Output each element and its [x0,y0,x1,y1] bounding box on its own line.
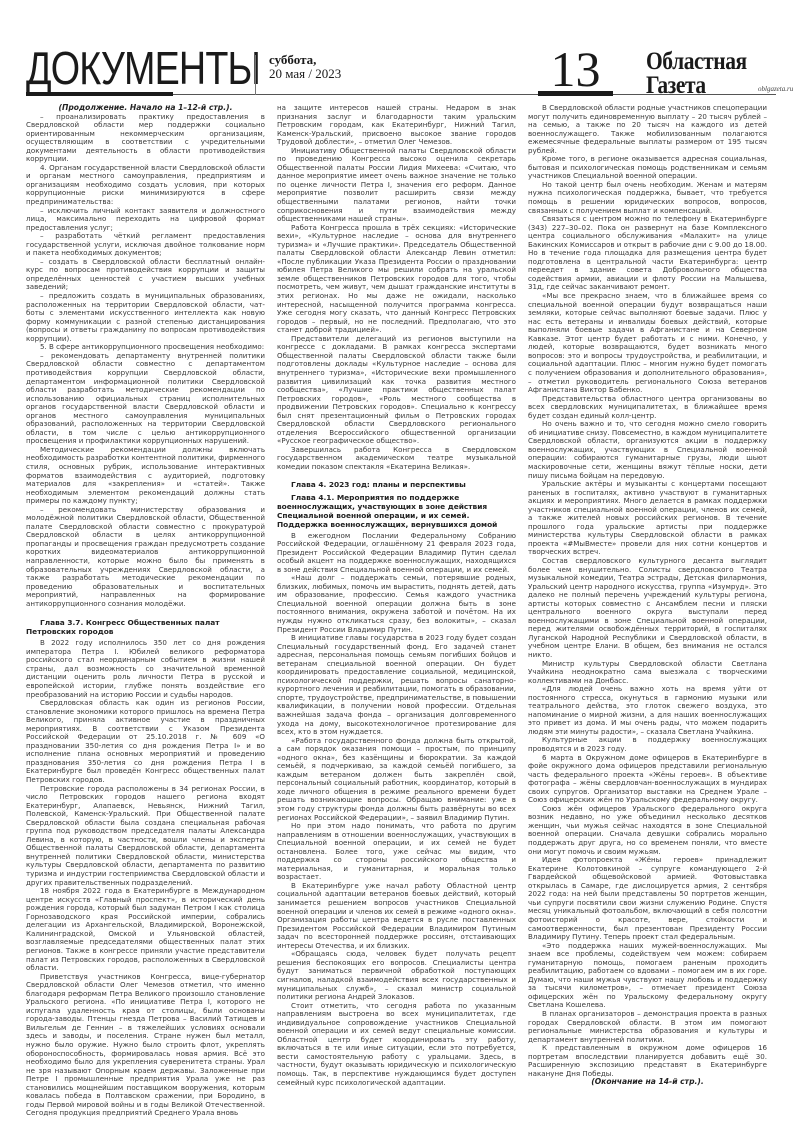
article-column-2: на защите интересов нашей страны. Недаро… [277,104,516,1087]
paragraph: В Екатеринбурге уже начал работу Областн… [277,882,516,950]
paragraph: Культурные акции в поддержку военнослужа… [528,736,767,753]
masthead: ДОКУМЕНТЫ суббота, 20 мая / 2023 13 Обла… [26,0,776,95]
paragraph: Союз жён офицеров Уральского федеральног… [528,805,767,856]
paragraph: Но очень важно и то, что сегодня можно с… [528,420,767,480]
logo-line-1: Областная [646,50,747,74]
paragraph: – рекомендовать министерству образования… [26,506,265,609]
paragraph: Инициативу Общественной палаты Свердловс… [277,147,516,224]
paragraph: «Мы все прекрасно знаем, что в ближайшее… [528,292,767,395]
paragraph: Состав свердловского культурного десанта… [528,557,767,660]
paragraph: Представительства областного центра орга… [528,395,767,421]
paragraph: Но при этом надо понимать, что работа по… [277,822,516,882]
paragraph: Министр культуры Свердловской области Св… [528,660,767,686]
paragraph: – разработать чёткий регламент предостав… [26,232,265,258]
paragraph: В 2022 году исполнилось 350 лет со дня р… [26,639,265,699]
paragraph: 6 марта в Окружном доме офицеров в Екате… [528,754,767,805]
logo-url: oblgazeta.ru [758,85,793,93]
paragraph: – предложить создать в муниципальных обр… [26,292,265,343]
paragraph: К представленным в окружном доме офицеро… [528,1044,767,1078]
paragraph: – проанализировать практику предоставлен… [26,113,265,164]
header-rule-accent-number [538,91,613,96]
paragraph: «Это поддержка наших мужей-военнослужащи… [528,942,767,1010]
continuation-note-end: (Окончание на 14-й стр.). [528,1078,767,1087]
paragraph: «Для людей очень важно хоть на время уйт… [528,685,767,736]
header-divider [255,55,256,95]
paragraph: Кроме того, в регионе оказывается адресн… [528,155,767,181]
issue-date: суббота, 20 мая / 2023 [269,53,341,81]
section-title: ДОКУМЕНТЫ [26,45,260,91]
paragraph: Стоит отметить, что сегодня работа по ук… [277,1002,516,1087]
paragraph: Работа Конгресса прошла в трёх секциях: … [277,224,516,335]
paragraph: 18 ноября 2022 года в Екатеринбурге в Ме… [26,887,265,972]
issue-day-of-week: суббота, [269,53,341,67]
paragraph: Приветствуя участников Конгресса, вице-г… [26,973,265,1118]
page-number: 13 [538,46,613,92]
paragraph: – создать в Свердловской области бесплат… [26,258,265,292]
paragraph: – рекомендовать департаменту внутренней … [26,352,265,446]
newspaper-logo: Областная Газета oblgazeta.ru [646,50,763,98]
paragraph: «Работа государственного фонда должна бы… [277,737,516,822]
chapter-heading: Глава 3.7. Конгресс Общественных палат П… [26,618,265,636]
paragraph: – исключить личный контакт заявителя и д… [26,207,265,233]
paragraph: «Наш долг – поддержать семьи, потерявшие… [277,574,516,634]
article-column-3: В Свердловской области родные участников… [528,104,767,1087]
newspaper-page: ДОКУМЕНТЫ суббота, 20 мая / 2023 13 Обла… [0,0,800,1125]
paragraph: Идея фотопроекта «Жёны героев» принадлеж… [528,856,767,941]
paragraph: Завершилась работа Конгресса в Свердловс… [277,446,516,472]
paragraph: Петровские города расположены в 34 регио… [26,785,265,888]
paragraph: Свердловская область как один из регионо… [26,699,265,784]
article-column-1: (Продолжение. Начало на 1–12-й стр.). – … [26,104,265,1118]
header-rule-accent-left [26,92,173,96]
paragraph: В ежегодном Послании Федеральному Собран… [277,532,516,575]
subchapter-heading: Глава 4.1. Мероприятия по поддержке воен… [277,493,516,529]
paragraph: Уральские актёры и музыканты с концертам… [528,480,767,557]
paragraph: Методические рекомендации должны включат… [26,446,265,506]
paragraph: Представители делегаций из регионов выст… [277,335,516,446]
paragraph: В Свердловской области родные участников… [528,104,767,155]
paragraph: «Обращаясь сюда, человек будет получать … [277,950,516,1001]
paragraph: Связаться с центром можно по телефону в … [528,215,767,292]
chapter-heading: Глава 4. 2023 год: планы и перспективы [277,480,516,489]
paragraph: на защите интересов нашей страны. Недаро… [277,104,516,147]
issue-date-value: 20 мая / 2023 [269,67,341,81]
logo-line-2: Газета [646,74,747,98]
paragraph: 4. Органам государственной власти Свердл… [26,164,265,207]
paragraph: Но такой центр был очень необходим. Жена… [528,181,767,215]
paragraph: В инициативе главы государства в 2023 го… [277,634,516,737]
paragraph: В планах организаторов – демонстрация пр… [528,1010,767,1044]
